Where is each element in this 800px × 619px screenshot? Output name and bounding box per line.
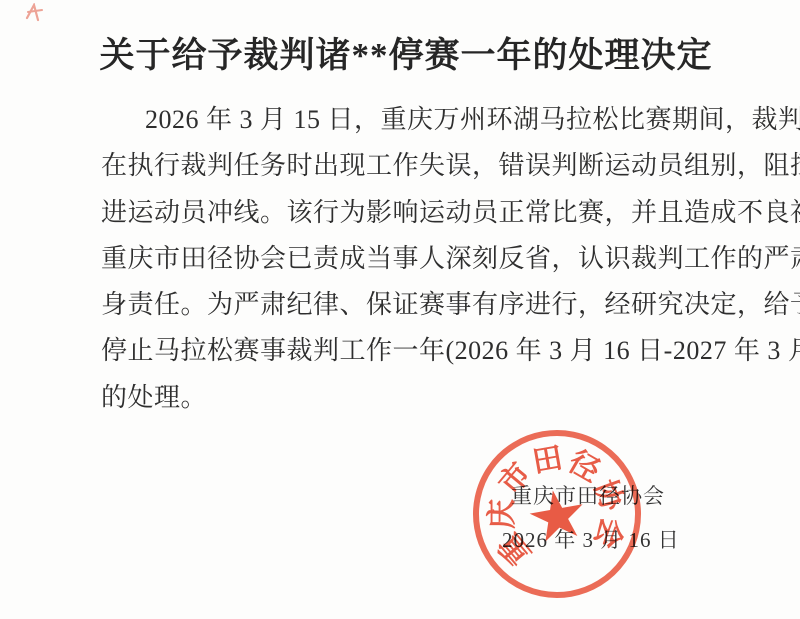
body-line: 重庆市田径协会已责成当事人深刻反省，认识裁判工作的严肃性与自: [101, 236, 713, 282]
seal-character: 庆: [477, 499, 521, 529]
body-line: 进运动员冲线。该行为影响运动员正常比赛，并且造成不良社会影响，: [101, 190, 713, 236]
document-page: 关于给予裁判诸**停赛一年的处理决定 2026 年 3 月 15 日，重庆万州环…: [0, 0, 800, 619]
body-line: 2026 年 3 月 15 日，重庆万州环湖马拉松比赛期间，裁判员诸**: [101, 97, 713, 143]
document-body: 2026 年 3 月 15 日，重庆万州环湖马拉松比赛期间，裁判员诸** 在执行…: [101, 97, 713, 421]
body-line: 停止马拉松赛事裁判工作一年(2026 年 3 月 16 日-2027 年 3 月…: [101, 328, 713, 374]
body-line: 身责任。为严肃纪律、保证赛事有序进行，经研究决定，给予诸**: [101, 282, 713, 328]
document-title: 关于给予裁判诸**停赛一年的处理决定: [0, 28, 800, 78]
body-line: 在执行裁判任务时出现工作失误，错误判断运动员组别，阻挡正常跑: [101, 143, 713, 189]
red-scribble-mark: [24, 3, 46, 22]
body-line: 的处理。: [101, 375, 713, 421]
official-seal: 重 庆 市 田 径 协 会: [460, 417, 655, 612]
